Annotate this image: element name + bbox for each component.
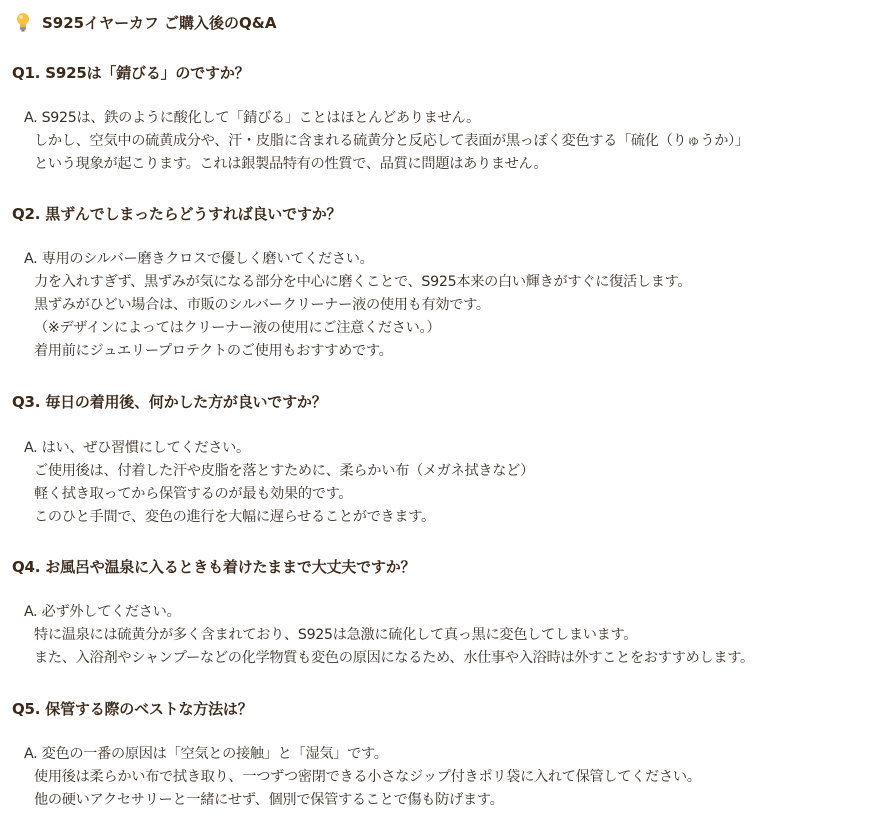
answer-line: A. はい、ぜひ習慣にしてください。 bbox=[24, 437, 534, 460]
answer-line: という現象が起こります。これは銀製品特有の性質で、品質に問題はありません。 bbox=[24, 153, 749, 176]
answer-line: 他の硬いアクセサリーと一緒にせず、個別で保管することで傷も防げます。 bbox=[24, 789, 701, 812]
answer-line: 使用後は柔らかい布で拭き取り、一つずつ密閉できる小さなジップ付きポリ袋に入れて保… bbox=[24, 766, 701, 789]
answer-line: （※デザインによってはクリーナー液の使用にご注意ください。） bbox=[24, 317, 691, 340]
answer-line: 特に温泉には硫黄分が多く含まれており、S925は急激に硫化して真っ黒に変色してし… bbox=[24, 624, 754, 647]
answer-line: 着用前にジュエリープロテクトのご使用もおすすめです。 bbox=[24, 340, 691, 363]
answer-line: 軽く拭き取ってから保管するのが最も効果的です。 bbox=[24, 483, 534, 506]
faq-document: S925イヤーカフ ご購入後のQ&A Q1. S925は「錆びる」のですか？ A… bbox=[0, 0, 880, 828]
faq-question-2: Q2. 黒ずんでしまったらどうすれば良いですか？ bbox=[12, 203, 341, 224]
answer-line: このひと手間で、変色の進行を大幅に遅らせることができます。 bbox=[24, 506, 534, 529]
answer-line: 力を入れすぎず、黒ずみが気になる部分を中心に磨くことで、S925本来の白い輝きが… bbox=[24, 271, 691, 294]
answer-line: A. 変色の一番の原因は「空気との接触」と「湿気」です。 bbox=[24, 743, 701, 766]
faq-title-row: S925イヤーカフ ご購入後のQ&A bbox=[16, 11, 276, 33]
faq-answer-2: A. 専用のシルバー磨きクロスで優しく磨いてください。 力を入れすぎず、黒ずみが… bbox=[24, 248, 691, 363]
faq-question-5: Q5. 保管する際のベストな方法は？ bbox=[12, 698, 253, 719]
lightbulb-icon bbox=[16, 12, 30, 32]
faq-answer-1: A. S925は、鉄のように酸化して「錆びる」ことはほとんどありません。 しかし… bbox=[24, 107, 749, 176]
faq-question-3: Q3. 毎日の着用後、何かした方が良いですか？ bbox=[12, 391, 327, 412]
faq-question-1: Q1. S925は「錆びる」のですか？ bbox=[12, 62, 249, 83]
answer-line: しかし、空気中の硫黄成分や、汗・皮脂に含まれる硫黄分と反応して表面が黒っぽく変色… bbox=[24, 130, 749, 153]
faq-answer-4: A. 必ず外してください。 特に温泉には硫黄分が多く含まれており、S925は急激… bbox=[24, 601, 754, 670]
faq-answer-5: A. 変色の一番の原因は「空気との接触」と「湿気」です。 使用後は柔らかい布で拭… bbox=[24, 743, 701, 812]
answer-line: ご使用後は、付着した汗や皮脂を落とすために、柔らかい布（メガネ拭きなど） bbox=[24, 460, 534, 483]
answer-line: A. 必ず外してください。 bbox=[24, 601, 754, 624]
answer-line: 黒ずみがひどい場合は、市販のシルバークリーナー液の使用も有効です。 bbox=[24, 294, 691, 317]
answer-line: A. S925は、鉄のように酸化して「錆びる」ことはほとんどありません。 bbox=[24, 107, 749, 130]
faq-answer-3: A. はい、ぜひ習慣にしてください。 ご使用後は、付着した汗や皮脂を落とすために… bbox=[24, 437, 534, 529]
answer-line: また、入浴剤やシャンプーなどの化学物質も変色の原因になるため、水仕事や入浴時は外… bbox=[24, 647, 754, 670]
answer-line: A. 専用のシルバー磨きクロスで優しく磨いてください。 bbox=[24, 248, 691, 271]
faq-question-4: Q4. お風呂や温泉に入るときも着けたままで大丈夫ですか？ bbox=[12, 556, 415, 577]
page-title: S925イヤーカフ ご購入後のQ&A bbox=[42, 12, 276, 33]
